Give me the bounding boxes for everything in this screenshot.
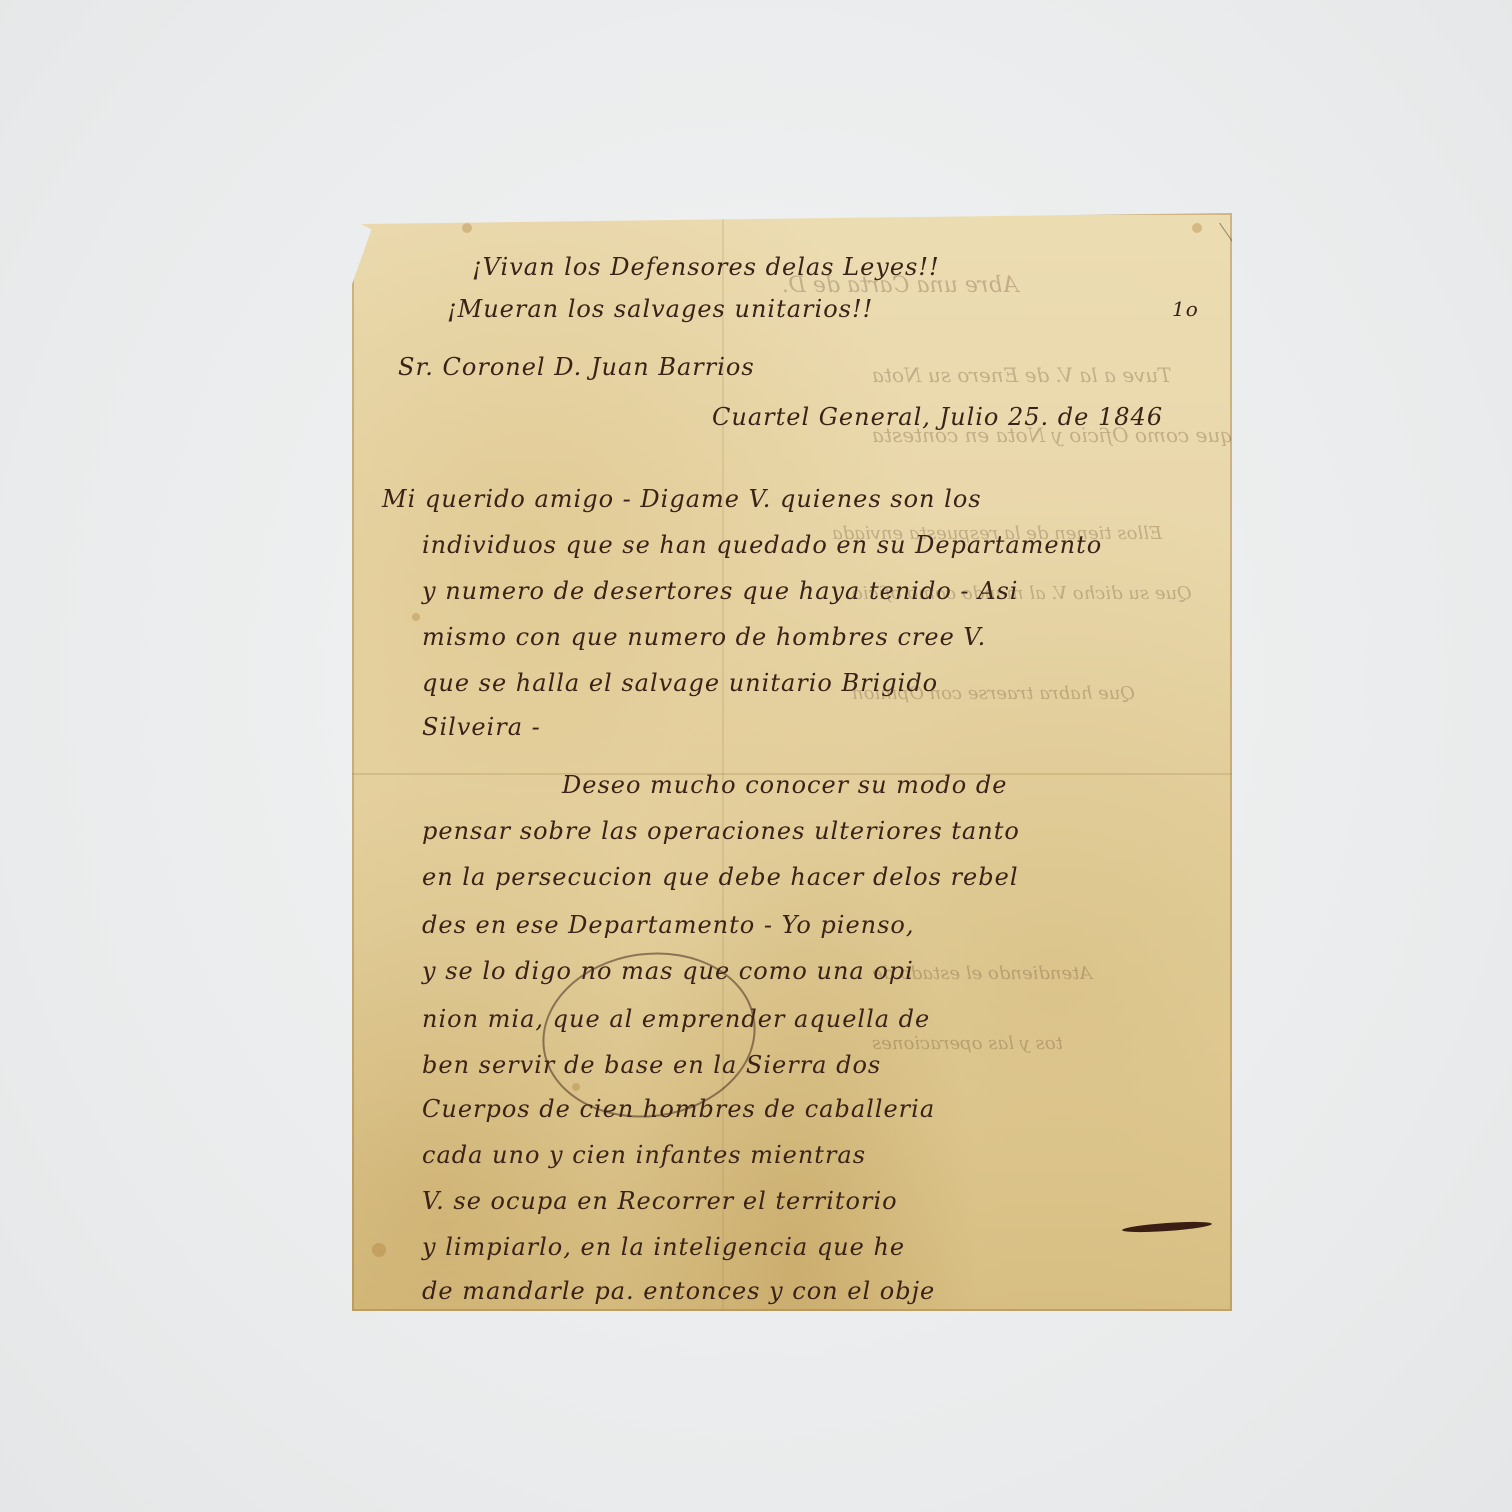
page-number-mark: 1o	[1172, 297, 1199, 321]
stain	[1192, 223, 1202, 233]
stain	[372, 1243, 386, 1257]
body-line: V. se ocupa en Recorrer el territorio	[422, 1187, 898, 1215]
stain	[412, 613, 420, 621]
body-line: en la persecucion que debe hacer delos r…	[422, 863, 1019, 891]
motto-line-2: ¡Mueran los salvages unitarios!!	[447, 295, 873, 323]
body-line: cada uno y cien infantes mientras	[422, 1141, 866, 1169]
body-line: y se lo digo no mas que como una opi	[422, 957, 914, 985]
body-line: y limpiarlo, en la inteligencia que he	[422, 1233, 905, 1261]
body-line: de mandarle pa. entonces y con el obje	[422, 1277, 935, 1305]
continuation-flourish	[1122, 1220, 1212, 1234]
body-line: Mi querido amigo - Digame V. quienes son…	[382, 485, 982, 513]
stain	[462, 223, 472, 233]
body-line: Cuerpos de cien hombres de caballeria	[422, 1095, 935, 1123]
body-line: nion mia, que al emprender aquella de	[422, 1005, 930, 1033]
body-line: des en ese Departamento - Yo pienso,	[422, 911, 915, 939]
body-line: ben servir de base en la Sierra dos	[422, 1051, 881, 1079]
body-line: mismo con que numero de hombres cree V.	[422, 623, 986, 651]
body-line: Deseo mucho conocer su modo de	[562, 771, 1007, 799]
body-line: individuos que se han quedado en su Depa…	[422, 531, 1102, 559]
corner-pencil-mark	[1219, 223, 1260, 281]
letter-paper: Abre una Carta de D. Tuve a la V. de Ene…	[352, 213, 1232, 1311]
body-line: y numero de desertores que haya tenido -…	[422, 577, 1018, 605]
bleed-through-text: Tuve a la V. de Enero su Nota	[872, 363, 1172, 387]
bleed-through-text: tos y las operaciones	[872, 1033, 1063, 1054]
body-line: Silveira -	[422, 713, 541, 741]
place-date: Cuartel General, Julio 25. de 1846	[712, 403, 1163, 431]
addressee: Sr. Coronel D. Juan Barrios	[398, 353, 755, 381]
body-line: pensar sobre las operaciones ulteriores …	[422, 817, 1020, 845]
motto-line-1: ¡Vivan los Defensores delas Leyes!!	[472, 253, 940, 281]
body-line: que se halla el salvage unitario Brigido	[422, 669, 938, 697]
